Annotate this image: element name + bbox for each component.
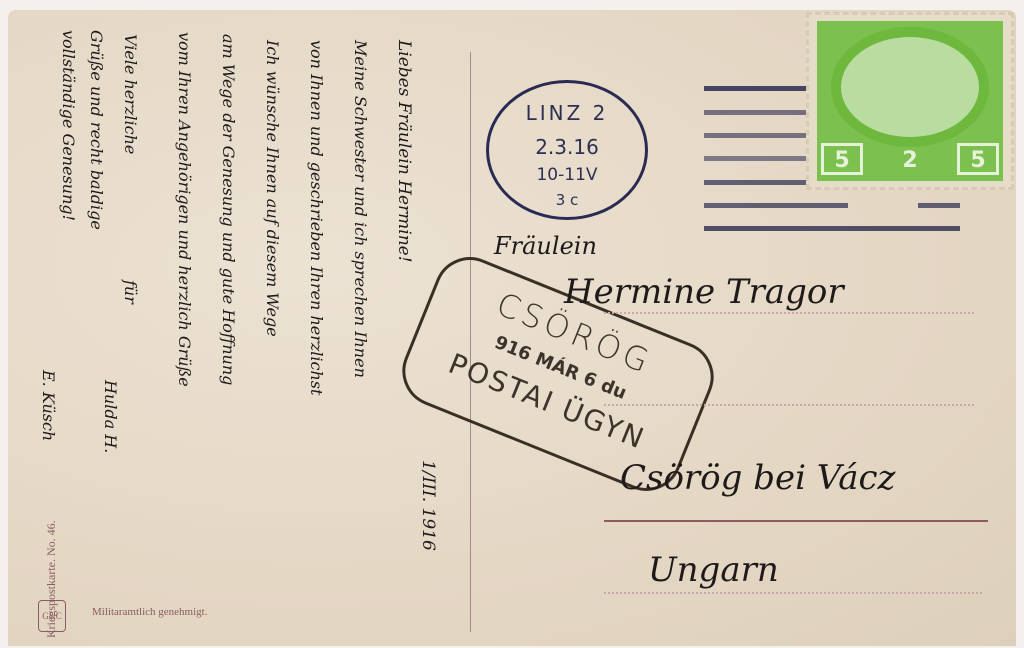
message-line: Meine Schwester und ich sprechen Ihnen	[351, 40, 370, 378]
stamp-field: 5 5 2	[817, 21, 1003, 181]
message-line: von Ihnen und geschrieben Ihren herzlich…	[307, 40, 326, 395]
message-line: Ich wünsche Ihnen auf diesem Wege	[263, 40, 282, 337]
stamp-oval-riders	[831, 27, 989, 147]
message-date: 1/III. 1916	[418, 460, 438, 551]
linz-postmark-date: 2.3.16	[489, 135, 645, 159]
cancel-bar	[704, 203, 848, 208]
address-salutation: Fräulein	[494, 232, 597, 260]
message-line: vollständige Genesung!	[59, 30, 78, 221]
stamp-center-numeral: 2	[817, 148, 1003, 173]
approval-note: Militaramtlich genehmigt.	[92, 606, 207, 618]
address-line-2	[604, 404, 974, 406]
linz-postmark-place: LINZ 2	[489, 101, 645, 125]
message-heading: Liebes Fräulein Hermine!	[394, 40, 414, 263]
address-place: Csörög bei Vácz	[620, 458, 895, 498]
message-line: Grüße und recht baldige	[87, 30, 106, 230]
message-line: Viele herzliche	[121, 34, 140, 154]
address-line-3	[604, 520, 988, 522]
message-line: vom Ihren Angehörigen und herzlich Grüße	[175, 32, 194, 387]
message-line: E. Küsch	[39, 370, 58, 441]
address-line-1	[604, 312, 974, 314]
message-line: am Wege der Genesung und gute Hoffnung	[219, 34, 238, 385]
message-line: für	[121, 280, 140, 304]
monogram-logo-icon: G&C	[38, 600, 66, 632]
address-country: Ungarn	[648, 550, 779, 590]
address-line-4	[604, 592, 982, 594]
linz-postmark-code: 3 c	[489, 191, 645, 209]
linz-postmark-time: 10-11V	[489, 165, 645, 185]
cancel-bar	[704, 226, 960, 231]
cancel-bar	[918, 203, 960, 208]
message-line: Hulda H.	[101, 380, 120, 453]
postage-stamp: 5 5 2	[806, 12, 1014, 190]
address-name: Hermine Tragor	[564, 272, 844, 312]
postcard-back: Kriegspostkarte. No. 46. G&C Militaramtl…	[8, 10, 1016, 646]
linz-postmark: LINZ 2 2.3.16 10-11V 3 c	[486, 80, 648, 220]
